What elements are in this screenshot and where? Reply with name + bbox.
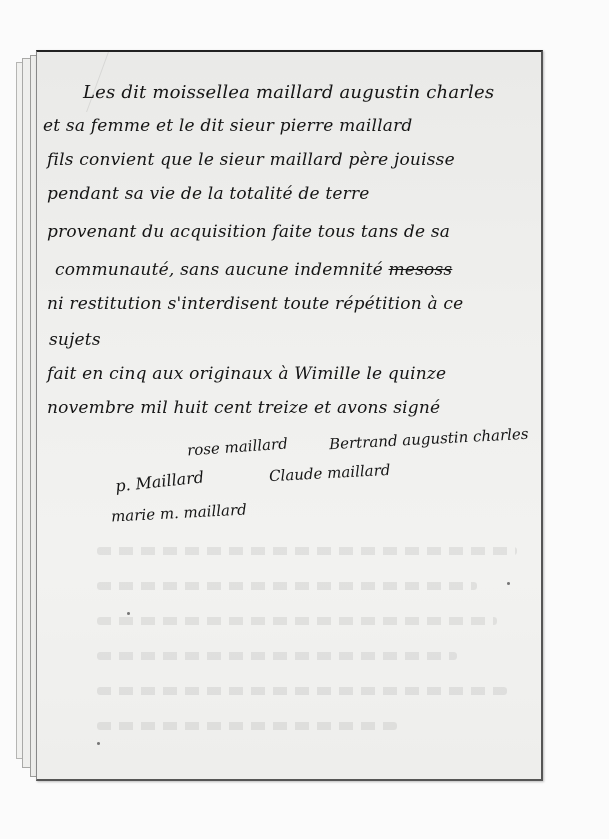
- signature-p-maillard: p. Maillard: [114, 467, 205, 495]
- paper-speck: [97, 742, 100, 745]
- text-line-5: provenant du acquisition faite tous tans…: [47, 222, 450, 242]
- struck-out-word: mesoss: [389, 260, 453, 280]
- bleed-through-line: [97, 617, 497, 625]
- signature-claude-maillard: Claude maillard: [269, 461, 391, 485]
- bleed-through-line: [97, 687, 507, 695]
- paper-speck: [127, 612, 130, 615]
- text-line-6-main: communauté, sans aucune indemnité: [55, 260, 383, 280]
- bleed-through-line: [97, 722, 397, 730]
- signature-bertrand-augustin-charles: Bertrand augustin charles: [329, 425, 529, 453]
- text-line-10: novembre mil huit cent treize et avons s…: [47, 398, 440, 418]
- signature-marie-m-maillard: marie m. maillard: [111, 500, 248, 525]
- text-line-3: fils convient que le sieur maillard père…: [47, 150, 455, 170]
- text-line-1: Les dit moissellea maillard augustin cha…: [83, 82, 494, 103]
- text-line-7: ni restitution s'interdisent toute répét…: [47, 294, 463, 314]
- text-line-6: communauté, sans aucune indemnité mesoss: [55, 260, 452, 280]
- bleed-through-line: [97, 652, 457, 660]
- bleed-through-line: [97, 582, 477, 590]
- text-line-4: pendant sa vie de la totalité de terre: [47, 184, 370, 204]
- bleed-through-line: [97, 547, 517, 555]
- text-line-8: sujets: [49, 330, 101, 350]
- signature-rose-maillard: rose maillard: [186, 435, 288, 460]
- text-line-2: et sa femme et le dit sieur pierre maill…: [43, 116, 412, 136]
- manuscript-page: Les dit moissellea maillard augustin cha…: [36, 50, 543, 781]
- paper-speck: [507, 582, 510, 585]
- text-line-9: fait en cinq aux originaux à Wimille le …: [47, 364, 446, 384]
